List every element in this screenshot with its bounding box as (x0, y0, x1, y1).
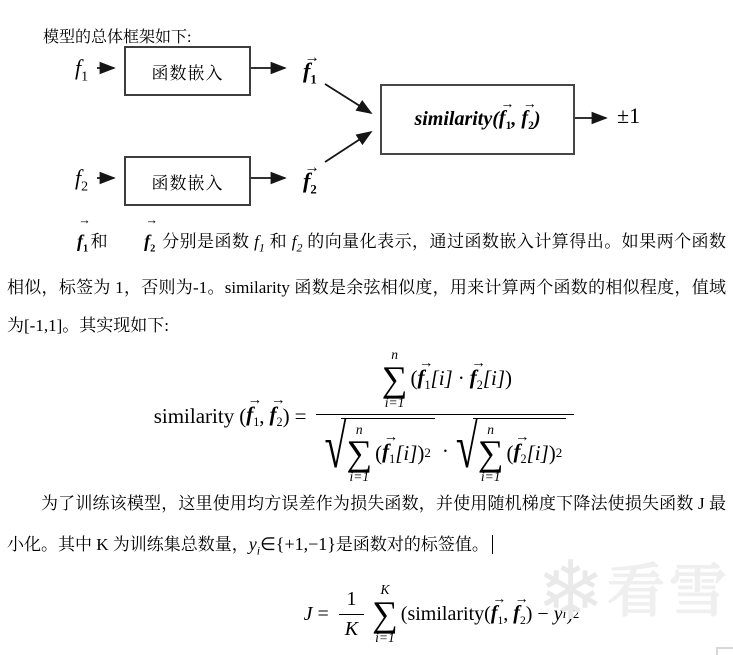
index-bracket: [i] (527, 441, 549, 466)
formula1-vector-f2: →f2 (270, 402, 283, 430)
sigma: ∑ (478, 437, 504, 469)
similarity-label: similarity (414, 108, 492, 131)
index-bracket: [i] (483, 366, 505, 391)
formula2-vector-f2: →f2 (513, 602, 525, 627)
sigma: ∑ (382, 363, 408, 395)
label-variable-y: yi (249, 534, 260, 554)
f-sub: 2 (277, 415, 283, 429)
embedding-box-2-label: 函数嵌入 (152, 169, 224, 194)
p1-text-and: 和 (90, 232, 108, 251)
similarity-box: similarity(→f1,→f2) (380, 84, 575, 155)
radical-sign: √ (324, 415, 346, 477)
similarity-formula: similarity(→f1,→f2)= n∑i=1 (→f1[i]·→f2[i… (0, 346, 733, 486)
inline-f1: f1 (254, 232, 265, 251)
open-paren: ( (507, 441, 514, 466)
vector-arrow-icon: → (384, 430, 398, 445)
open-paren: ( (410, 366, 417, 391)
sim-f1-sub: 1 (506, 119, 512, 132)
embedding-box-1-label: 函数嵌入 (152, 59, 224, 84)
vector-f2-sub: 2 (310, 182, 316, 196)
inline-f1-sub: 1 (83, 244, 88, 255)
equals-sign: = (295, 404, 307, 429)
fraction-bar (316, 414, 574, 415)
den-vector-f2: →f2 (514, 439, 527, 467)
f-sub: 2 (477, 378, 483, 392)
fraction-numerator: n∑i=1 (→f1[i]·→f2[i]) (373, 347, 518, 410)
open-paren: ( (492, 108, 499, 131)
vector-arrow-icon: → (471, 356, 485, 371)
formula2-vector-f1: →f1 (491, 602, 503, 627)
vector-arrow-icon: → (515, 593, 528, 607)
vector-f1-sub: 1 (310, 72, 316, 86)
vector-arrow-icon: → (419, 356, 433, 371)
p1-text-mid: 分别是函数 (157, 232, 254, 251)
vector-f2-label: →f2 (303, 170, 317, 196)
f-sub: 2 (520, 614, 526, 627)
f1-sub: 1 (81, 69, 88, 84)
sum-lower: i=1 (349, 469, 369, 485)
vector-arrow-icon: → (248, 393, 262, 408)
sigma: ∑ (372, 598, 398, 630)
label-set: ∈{+1,−1} (260, 534, 336, 554)
watermark-text: 看雪 (607, 563, 731, 621)
inline-vector-f1: →f1 (43, 222, 88, 269)
similarity-word: similarity (407, 603, 484, 626)
input-f2-label: f2 (75, 167, 88, 194)
open-paren: ( (239, 404, 246, 429)
inline-f2: f2 (292, 232, 303, 251)
f2-sub: 2 (81, 179, 88, 194)
close-paren: ) (505, 366, 512, 391)
J-variable: J (304, 603, 313, 626)
one-over-K: 1 K (339, 588, 364, 641)
vector-f1-label: →f1 (303, 60, 317, 86)
index-bracket: [i] (395, 441, 417, 466)
fraction-denominator: K (339, 618, 364, 641)
open-paren: ( (375, 441, 382, 466)
inline-f2-sub: 2 (150, 244, 155, 255)
sum-lower: i=1 (385, 395, 405, 411)
document-page: 模型的总体框架如下: f1 f2 函数嵌入 函数嵌入 →f1 →f2 simil… (0, 0, 733, 655)
corner-mark (716, 647, 733, 655)
f-sub: 2 (521, 452, 527, 466)
dot-operator: · (442, 439, 449, 464)
p2-text-2: 是函数对的标签值。 (336, 535, 489, 554)
text-cursor (492, 535, 494, 554)
f-sub: 1 (424, 378, 430, 392)
sum-symbol: K∑i=1 (372, 582, 398, 645)
vector-arrow-icon: → (500, 98, 513, 112)
embedding-box-1: 函数嵌入 (124, 46, 251, 96)
f-sub: 1 (497, 614, 503, 627)
formula1-fraction: n∑i=1 (→f1[i]·→f2[i]) √ n∑i=1 (→f1[i])2 … (316, 347, 574, 485)
close-paren: ) (549, 441, 556, 466)
output-label: ±1 (617, 105, 640, 127)
sim-f2-sub: 2 (528, 119, 534, 132)
sqrt-term-2: √ n∑i=1 (→f2[i])2 (456, 418, 566, 485)
vector-arrow-icon: → (305, 160, 319, 175)
sim-vector-f1: →f1 (499, 107, 511, 132)
num-vector-f1: →f1 (417, 365, 430, 393)
input-f1-label: f1 (75, 57, 88, 84)
vector-arrow-icon: → (523, 98, 536, 112)
formula1-vector-f1: →f1 (246, 402, 259, 430)
formula1-sim: similarity (154, 404, 235, 429)
sum-symbol: n∑i=1 (382, 347, 408, 410)
den-vector-f1: →f1 (382, 439, 395, 467)
inline-vector-f2: →f2 (110, 222, 155, 269)
f-sub: 1 (389, 452, 395, 466)
snowflake-icon: ❄ (536, 551, 605, 633)
num-vector-f2: →f2 (470, 365, 483, 393)
equals-sign: = (318, 603, 329, 626)
vector-arrow-icon: → (44, 214, 90, 227)
fraction-numerator: 1 (340, 588, 362, 611)
open-paren: ( (401, 603, 408, 626)
sim-vector-f2: →f2 (521, 107, 533, 132)
sum-symbol: n∑i=1 (346, 422, 372, 485)
vector-arrow-icon: → (515, 430, 529, 445)
index-bracket: [i] (431, 366, 453, 391)
formula1-lhs: similarity(→f1,→f2)= (154, 402, 312, 430)
radical-sign: √ (456, 415, 478, 477)
vector-arrow-icon: → (492, 593, 505, 607)
y-base: y (249, 534, 257, 554)
fraction-bar (339, 614, 364, 615)
p1-text-and2: 和 (265, 232, 292, 251)
f-sub: 1 (253, 415, 259, 429)
sum-lower: i=1 (481, 469, 501, 485)
sqrt-term-1: √ n∑i=1 (→f1[i])2 (324, 418, 434, 485)
squared-exponent: 2 (424, 445, 431, 461)
kanxue-watermark: ❄ 看雪 (536, 551, 731, 633)
squared-exponent: 2 (556, 445, 563, 461)
vector-arrow-icon: → (305, 50, 319, 65)
fraction-denominator: √ n∑i=1 (→f1[i])2 · √ n∑i=1 (→f2[i])2 (316, 418, 574, 485)
paragraph-vectors: →f1和→f2 分别是函数 f1 和 f2 的向量化表示，通过函数嵌入计算得出。… (7, 222, 726, 345)
dot-operator: · (458, 366, 465, 391)
embedding-box-2: 函数嵌入 (124, 156, 251, 206)
sum-symbol: n∑i=1 (478, 422, 504, 485)
vector-arrow-icon: → (271, 393, 285, 408)
vector-arrow-icon: → (111, 214, 157, 227)
sum-lower: i=1 (375, 630, 395, 646)
open-paren: ( (484, 603, 491, 626)
sigma: ∑ (346, 437, 372, 469)
close-paren: ) (417, 441, 424, 466)
